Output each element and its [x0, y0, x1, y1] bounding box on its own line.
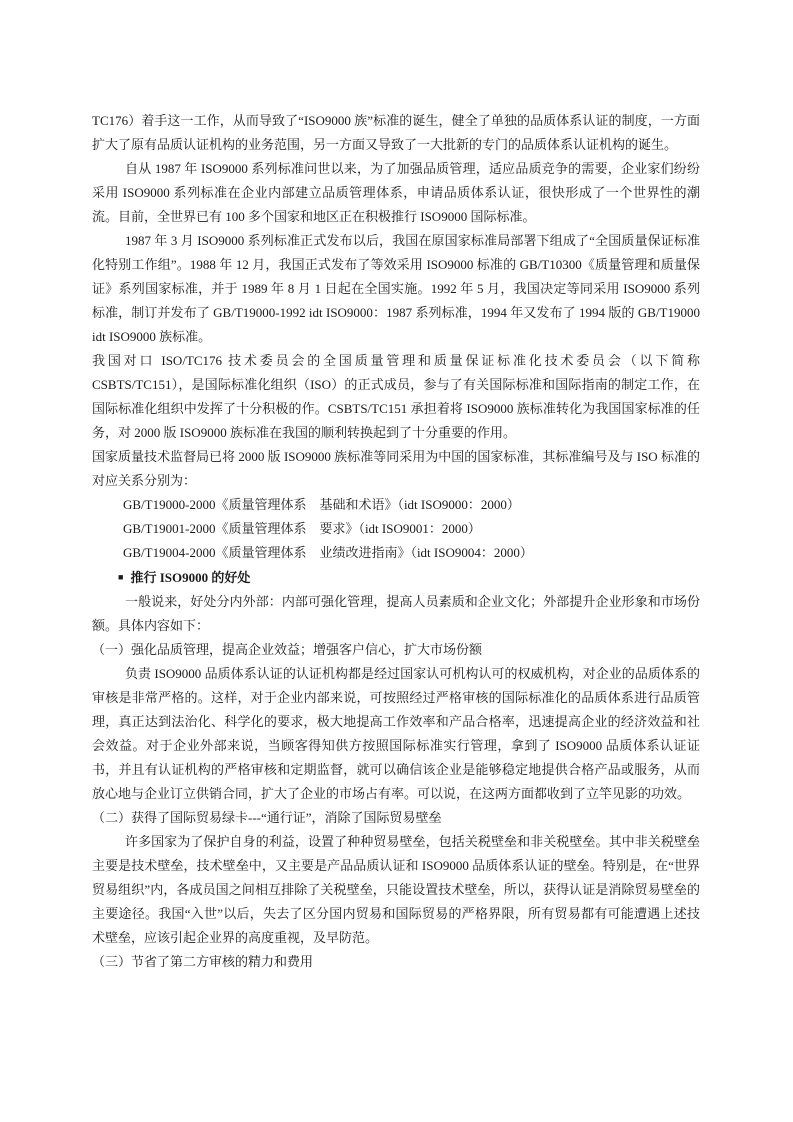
standard-list-item: GB/T19000-2000《质量管理体系 基础和术语》（idt ISO9000… [92, 493, 700, 517]
clause-heading: （二）获得了国际贸易绿卡---“通行证”，消除了国际贸易壁垒 [92, 806, 700, 830]
section-heading-label: 推行 ISO9000 的好处 [130, 570, 250, 585]
standard-list-item: GB/T19004-2000《质量管理体系 业绩改进指南》（idt ISO900… [92, 541, 700, 565]
paragraph: 一般说来，好处分内外部：内部可强化管理，提高人员素质和企业文化；外部提升企业形象… [92, 590, 700, 638]
paragraph: 许多国家为了保护自身的利益，设置了种种贸易壁垒，包括关税壁垒和非关税壁垒。其中非… [92, 830, 700, 950]
document-page: TC176）着手这一工作，从而导致了“ISO9000 族”标准的诞生，健全了单独… [0, 0, 793, 1122]
paragraph: 负责 ISO9000 品质体系认证的认证机构都是经过国家认可机构认可的权威机构，… [92, 662, 700, 806]
paragraph: 1987 年 3 月 ISO9000 系列标准正式发布以后，我国在原国家标准局部… [92, 229, 700, 349]
paragraph: TC176）着手这一工作，从而导致了“ISO9000 族”标准的诞生，健全了单独… [92, 109, 700, 157]
paragraph: 自从 1987 年 ISO9000 系列标准问世以来，为了加强品质管理，适应品质… [92, 157, 700, 229]
section-heading: ■推行 ISO9000 的好处 [92, 565, 700, 590]
black-square-bullet-icon: ■ [118, 565, 123, 589]
clause-heading: （一）强化品质管理，提高企业效益；增强客户信心，扩大市场份额 [92, 638, 700, 662]
paragraph: 国家质量技术监督局已将 2000 版 ISO9000 族标准等同采用为中国的国家… [92, 445, 700, 493]
document-content: TC176）着手这一工作，从而导致了“ISO9000 族”标准的诞生，健全了单独… [92, 109, 700, 974]
standard-list-item: GB/T19001-2000《质量管理体系 要求》（idt ISO9001：20… [92, 517, 700, 541]
clause-heading: （三）节省了第二方审核的精力和费用 [92, 950, 700, 974]
paragraph: 我国对口 ISO/TC176 技术委员会的全国质量管理和质量保证标准化技术委员会… [92, 349, 700, 445]
